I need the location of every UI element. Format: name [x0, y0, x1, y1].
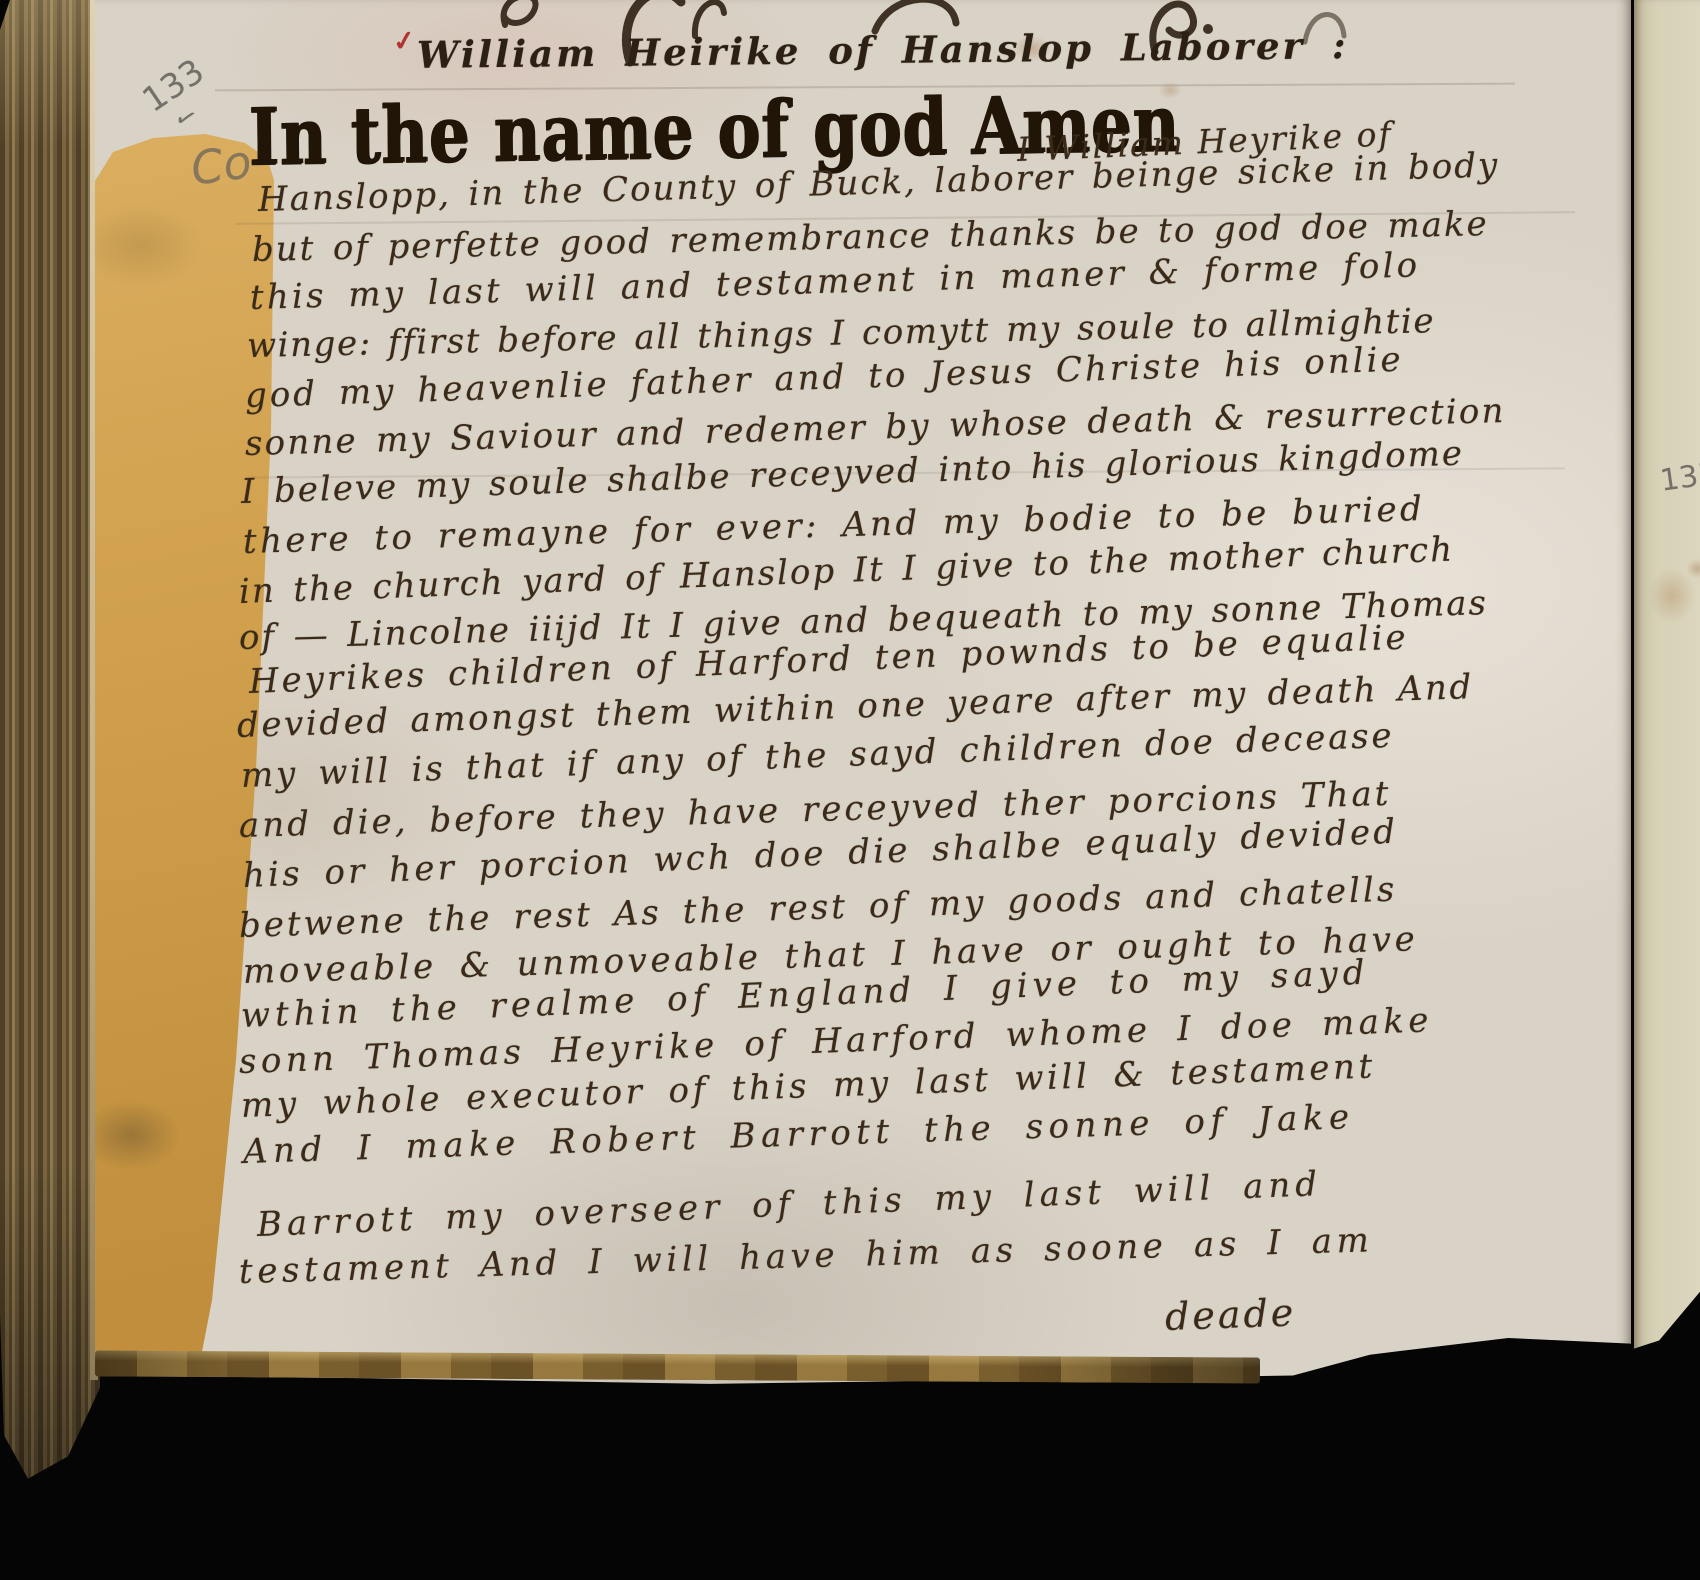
closing-word: deade: [1164, 1290, 1297, 1339]
manuscript-page: 133 ✓ Co ✓ William Heirike of Hanslop La…: [95, 0, 1631, 1388]
pencil-note: Co: [188, 134, 255, 196]
next-folio-number: 135: [1658, 456, 1700, 499]
manuscript-photo: 133 ✓ Co ✓ William Heirike of Hanslop La…: [0, 0, 1700, 1580]
next-leaf-edge: 135: [1634, 0, 1700, 1354]
book-fore-edge: [0, 0, 100, 1492]
red-check-mark: ✓: [391, 25, 418, 59]
